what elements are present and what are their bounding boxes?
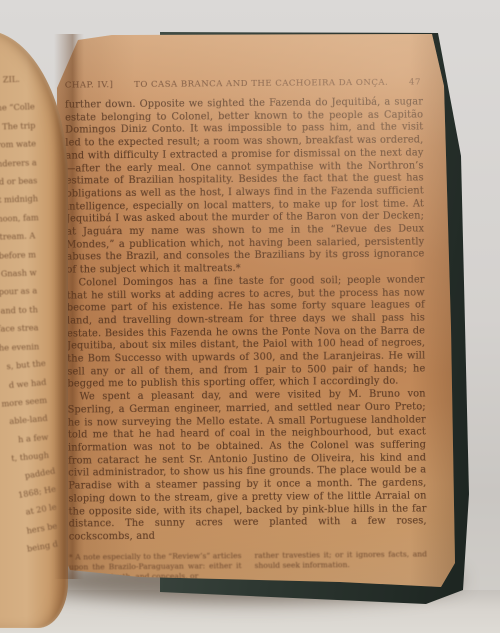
left-page-text-fragments: ZIL. the “Colle The trip from wate wande… — [0, 69, 63, 560]
running-header: CHAP. IV.] TO CASA BRANCA AND THE CACHOE… — [65, 77, 421, 90]
left-page-text-fragment: ZIL. — [0, 69, 46, 90]
paragraph-3: We spent a pleasant day, and were visite… — [68, 389, 427, 545]
footnote-right-column: rather travesties it; or it ignores fact… — [254, 549, 427, 581]
paragraph-1: further down. Opposite we sighted the Fa… — [65, 96, 425, 277]
chapter-label: CHAP. IV.] — [65, 80, 114, 90]
book-photo: CHAP. IV.] TO CASA BRANCA AND THE CACHOE… — [0, 0, 500, 633]
chapter-title: TO CASA BRANCA AND THE CACHOEIRA DA ONÇA… — [134, 78, 388, 90]
page-number: 47 — [409, 77, 421, 87]
left-page-curl: ZIL. the “Colle The trip from wate wande… — [0, 30, 68, 628]
paragraph-2: Colonel Domingos has a fine taste for go… — [67, 274, 426, 391]
body-text: further down. Opposite we sighted the Fa… — [65, 96, 427, 544]
page-content: CHAP. IV.] TO CASA BRANCA AND THE CACHOE… — [65, 77, 427, 582]
right-page: CHAP. IV.] TO CASA BRANCA AND THE CACHOE… — [40, 28, 465, 593]
